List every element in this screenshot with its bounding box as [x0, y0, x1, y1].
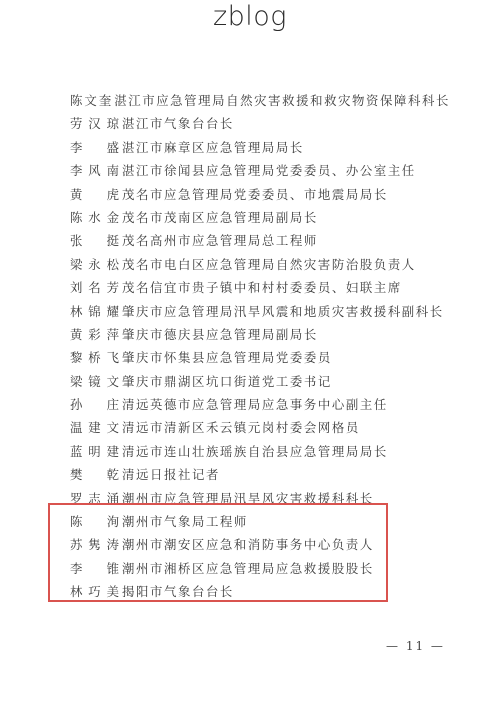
person-duty: 湛江市徐闻县应急管理局党委委员、办公室主任 [122, 159, 416, 182]
person-duty: 湛江市麻章区应急管理局局长 [122, 136, 304, 159]
person-name: 林锦耀 [70, 300, 122, 323]
list-item: 陈文奎湛江市应急管理局自然灾害救援和救灾物资保障科科长 [70, 89, 450, 112]
person-duty: 潮州市应急管理局汛旱风灾害救援科科长 [122, 487, 374, 510]
list-item: 林巧美揭阳市气象台台长 [70, 580, 450, 603]
list-item: 李风南湛江市徐闻县应急管理局党委委员、办公室主任 [70, 159, 450, 182]
page-number: — 11 — [386, 639, 445, 653]
person-name: 陈水金 [70, 206, 122, 229]
person-duty: 湛江市气象台台长 [122, 112, 234, 135]
list-item: 林锦耀肇庆市应急管理局汛旱风震和地质灾害救援科副科长 [70, 300, 450, 323]
list-item: 陈水金茂名市茂南区应急管理局副局长 [70, 206, 450, 229]
person-name: 李风南 [70, 159, 122, 182]
person-duty: 潮州市气象局工程师 [122, 510, 248, 533]
person-duty: 茂名市应急管理局党委委员、市地震局局长 [122, 183, 388, 206]
person-name: 李 锥 [70, 557, 122, 580]
list-item: 苏隽涛潮州市潮安区应急和消防事务中心负责人 [70, 533, 450, 556]
person-duty: 揭阳市气象台台长 [122, 580, 234, 603]
list-item: 蓝明建清远市连山壮族瑶族自治县应急管理局局长 [70, 440, 450, 463]
person-duty: 茂名信宜市贵子镇中和村村委委员、妇联主席 [122, 276, 402, 299]
person-duty: 肇庆市怀集县应急管理局党委委员 [122, 346, 332, 369]
person-duty: 清远英德市应急管理局应急事务中心副主任 [122, 393, 388, 416]
list-item: 黄 虎茂名市应急管理局党委委员、市地震局局长 [70, 183, 450, 206]
person-name: 温建文 [70, 416, 122, 439]
list-item: 黄彩萍肇庆市德庆县应急管理局副局长 [70, 323, 450, 346]
list-item: 李 盛湛江市麻章区应急管理局局长 [70, 136, 450, 159]
person-name: 李 盛 [70, 136, 122, 159]
list-item: 樊 乾清远日报社记者 [70, 463, 450, 486]
person-name: 罗志涌 [70, 487, 122, 510]
person-name: 樊 乾 [70, 463, 122, 486]
person-duty: 湛江市应急管理局自然灾害救援和救灾物资保障科科长 [114, 89, 450, 112]
person-name: 刘名芳 [70, 276, 122, 299]
list-item: 梁镜文肇庆市鼎湖区坑口街道党工委书记 [70, 370, 450, 393]
list-item: 孙 庄清远英德市应急管理局应急事务中心副主任 [70, 393, 450, 416]
personnel-list: 陈文奎湛江市应急管理局自然灾害救援和救灾物资保障科科长 劳汉琼湛江市气象台台长 … [70, 89, 450, 604]
person-duty: 茂名高州市应急管理局总工程师 [122, 229, 318, 252]
person-duty: 茂名市电白区应急管理局自然灾害防治股负责人 [122, 253, 416, 276]
person-duty: 清远市连山壮族瑶族自治县应急管理局局长 [122, 440, 388, 463]
person-duty: 肇庆市德庆县应急管理局副局长 [122, 323, 318, 346]
person-duty: 潮州市湘桥区应急管理局应急救援股股长 [122, 557, 374, 580]
person-duty: 清远日报社记者 [122, 463, 220, 486]
list-item: 温建文清远市清新区禾云镇元岗村委会网格员 [70, 416, 450, 439]
person-name: 劳汉琼 [70, 112, 122, 135]
person-name: 林巧美 [70, 580, 122, 603]
person-name: 黄彩萍 [70, 323, 122, 346]
person-duty: 茂名市茂南区应急管理局副局长 [122, 206, 318, 229]
list-item: 劳汉琼湛江市气象台台长 [70, 112, 450, 135]
person-name: 梁永松 [70, 253, 122, 276]
list-item: 黎桥飞肇庆市怀集县应急管理局党委委员 [70, 346, 450, 369]
person-name: 黎桥飞 [70, 346, 122, 369]
person-name: 黄 虎 [70, 183, 122, 206]
list-item: 罗志涌潮州市应急管理局汛旱风灾害救援科科长 [70, 487, 450, 510]
person-duty: 肇庆市应急管理局汛旱风震和地质灾害救援科副科长 [122, 300, 444, 323]
person-name: 孙 庄 [70, 393, 122, 416]
list-item: 李 锥潮州市湘桥区应急管理局应急救援股股长 [70, 557, 450, 580]
list-item: 梁永松茂名市电白区应急管理局自然灾害防治股负责人 [70, 253, 450, 276]
person-name: 张 挺 [70, 229, 122, 252]
list-item: 刘名芳茂名信宜市贵子镇中和村村委委员、妇联主席 [70, 276, 450, 299]
list-item: 陈 洵潮州市气象局工程师 [70, 510, 450, 533]
list-item: 张 挺茂名高州市应急管理局总工程师 [70, 229, 450, 252]
person-duty: 潮州市潮安区应急和消防事务中心负责人 [122, 533, 374, 556]
person-name: 梁镜文 [70, 370, 122, 393]
person-duty: 清远市清新区禾云镇元岗村委会网格员 [122, 416, 360, 439]
person-duty: 肇庆市鼎湖区坑口街道党工委书记 [122, 370, 332, 393]
person-name: 蓝明建 [70, 440, 122, 463]
person-name: 陈 洵 [70, 510, 122, 533]
watermark-text: zblog [0, 0, 500, 34]
person-name: 陈文奎 [70, 89, 114, 112]
person-name: 苏隽涛 [70, 533, 122, 556]
